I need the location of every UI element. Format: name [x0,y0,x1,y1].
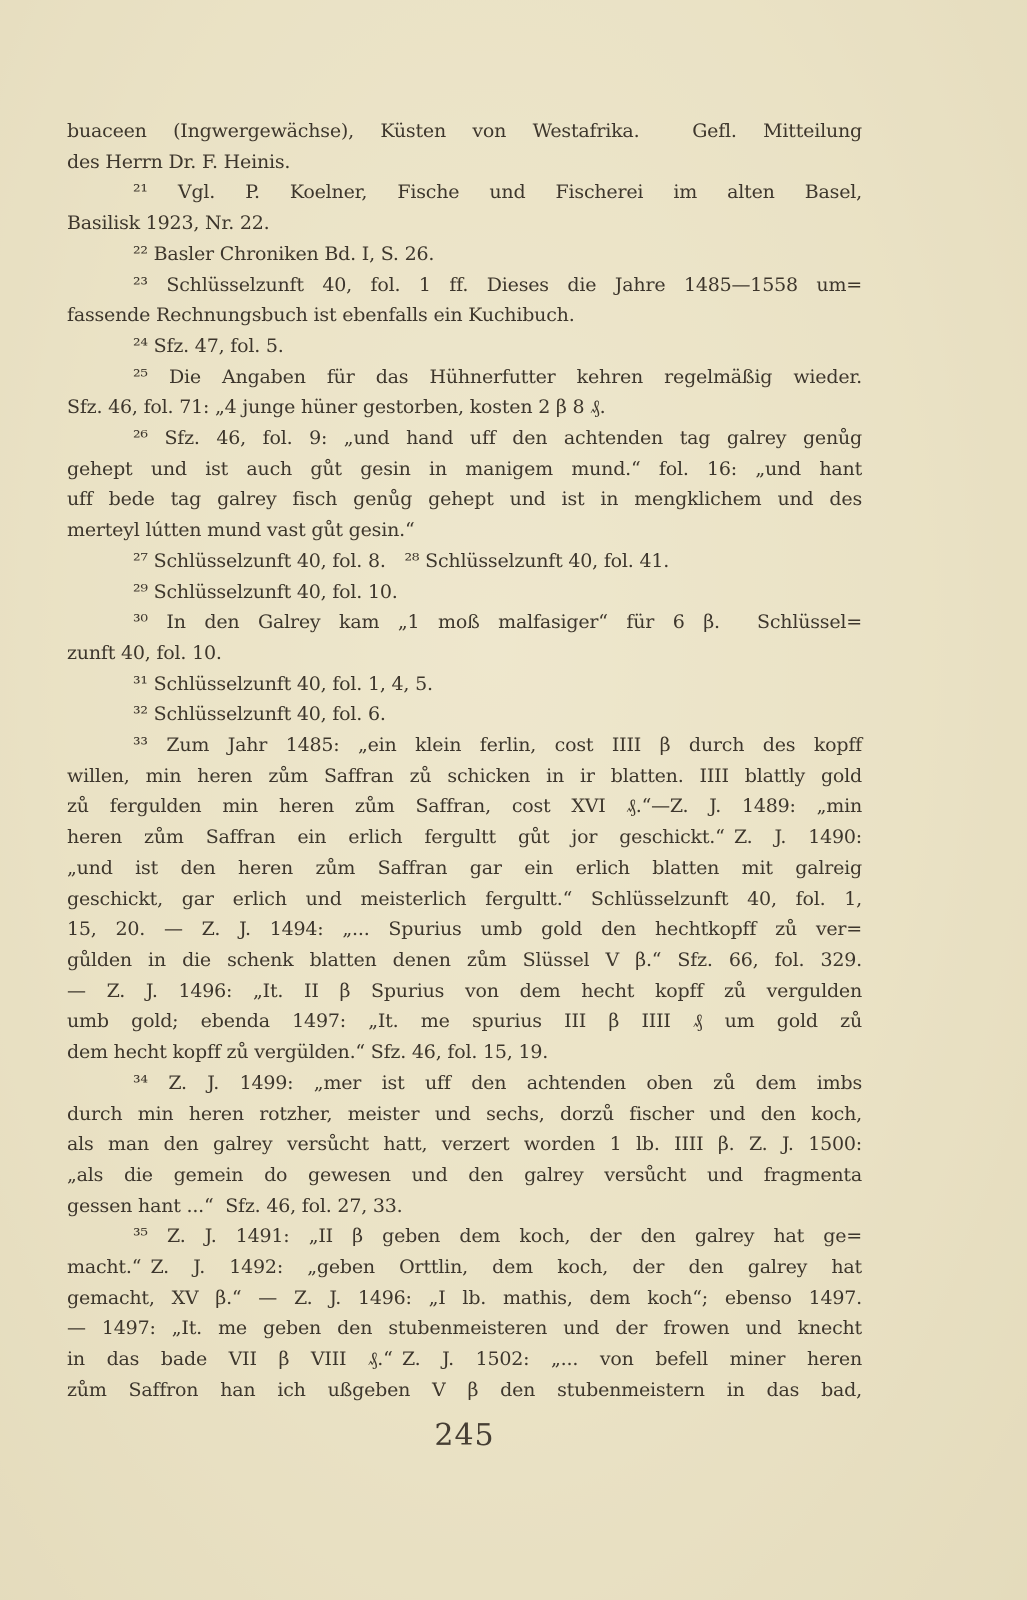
text-line: uff bede tag galrey fisch genůg gehept u… [67,484,862,515]
text-line: umb gold; ebenda 1497: „It. me spurius I… [67,1006,862,1037]
text-line: ³⁵ Z. J. 1491: „II β geben dem koch, der… [67,1221,862,1252]
text-line: ³¹ Schlüsselzunft 40, fol. 1, 4, 5. [67,669,862,700]
text-line: gessen hant ...“ Sfz. 46, fol. 27, 33. [67,1191,862,1222]
text-line: ³² Schlüsselzunft 40, fol. 6. [67,699,862,730]
text-line: gůlden in die schenk blatten denen zům S… [67,945,862,976]
text-line: willen, min heren zům Saffran zů schicke… [67,761,862,792]
text-line: zů fergulden min heren zům Saffran, cost… [67,791,862,822]
text-line: „und ist den heren zům Saffran gar ein e… [67,853,862,884]
text-line: geschickt, gar erlich und meisterlich fe… [67,884,862,915]
text-line: zunft 40, fol. 10. [67,638,862,669]
text-line: Basilisk 1923, Nr. 22. [67,208,862,239]
text-line: ²⁷ Schlüsselzunft 40, fol. 8. ²⁸ Schlüss… [67,546,862,577]
text-line: als man den galrey versůcht hatt, verzer… [67,1129,862,1160]
text-line: ²⁵ Die Angaben für das Hühnerfutter kehr… [67,362,862,393]
text-line: ²² Basler Chroniken Bd. I, S. 26. [67,239,862,270]
text-line: merteyl lútten mund vast gůt gesin.“ [67,515,862,546]
text-line: ²⁴ Sfz. 47, fol. 5. [67,331,862,362]
text-line: ³⁰ In den Galrey kam „1 moß malfasiger“ … [67,607,862,638]
scanned-book-page: buaceen (Ingwergewächse), Küsten von Wes… [0,0,1027,1600]
text-line: ³³ Zum Jahr 1485: „ein klein ferlin, cos… [67,730,862,761]
page-number: 245 [67,1418,862,1453]
footnotes-text-block: buaceen (Ingwergewächse), Küsten von Wes… [67,116,862,1406]
text-line: Sfz. 46, fol. 71: „4 junge hüner gestorb… [67,392,862,423]
text-line: ³⁴ Z. J. 1499: „mer ist uff den achtende… [67,1068,862,1099]
text-line: macht.“ Z. J. 1492: „geben Orttlin, dem … [67,1252,862,1283]
text-line: — 1497: „It. me geben den stubenmeistere… [67,1313,862,1344]
text-line: gemacht, XV β.“ — Z. J. 1496: „I lb. mat… [67,1283,862,1314]
text-line: in das bade VII β VIII ₰.“ Z. J. 1502: „… [67,1344,862,1375]
text-line: gehept und ist auch gůt gesin in manigem… [67,454,862,485]
text-line: buaceen (Ingwergewächse), Küsten von Wes… [67,116,862,147]
text-line: „als die gemein do gewesen und den galre… [67,1160,862,1191]
text-line: ²⁹ Schlüsselzunft 40, fol. 10. [67,577,862,608]
text-line: ²¹ Vgl. P. Koelner, Fische und Fischerei… [67,177,862,208]
text-line: — Z. J. 1496: „It. II β Spurius von dem … [67,976,862,1007]
text-line: 15, 20. — Z. J. 1494: „... Spurius umb g… [67,914,862,945]
text-line: des Herrn Dr. F. Heinis. [67,147,862,178]
text-line: fassende Rechnungsbuch ist ebenfalls ein… [67,300,862,331]
text-line: ²³ Schlüsselzunft 40, fol. 1 ff. Dieses … [67,270,862,301]
text-line: durch min heren rotzher, meister und sec… [67,1099,862,1130]
text-line: ²⁶ Sfz. 46, fol. 9: „und hand uff den ac… [67,423,862,454]
text-line: zům Saffron han ich ußgeben V β den stub… [67,1375,862,1406]
text-line: heren zům Saffran ein erlich fergultt gů… [67,822,862,853]
text-line: dem hecht kopff zů vergülden.“ Sfz. 46, … [67,1037,862,1068]
